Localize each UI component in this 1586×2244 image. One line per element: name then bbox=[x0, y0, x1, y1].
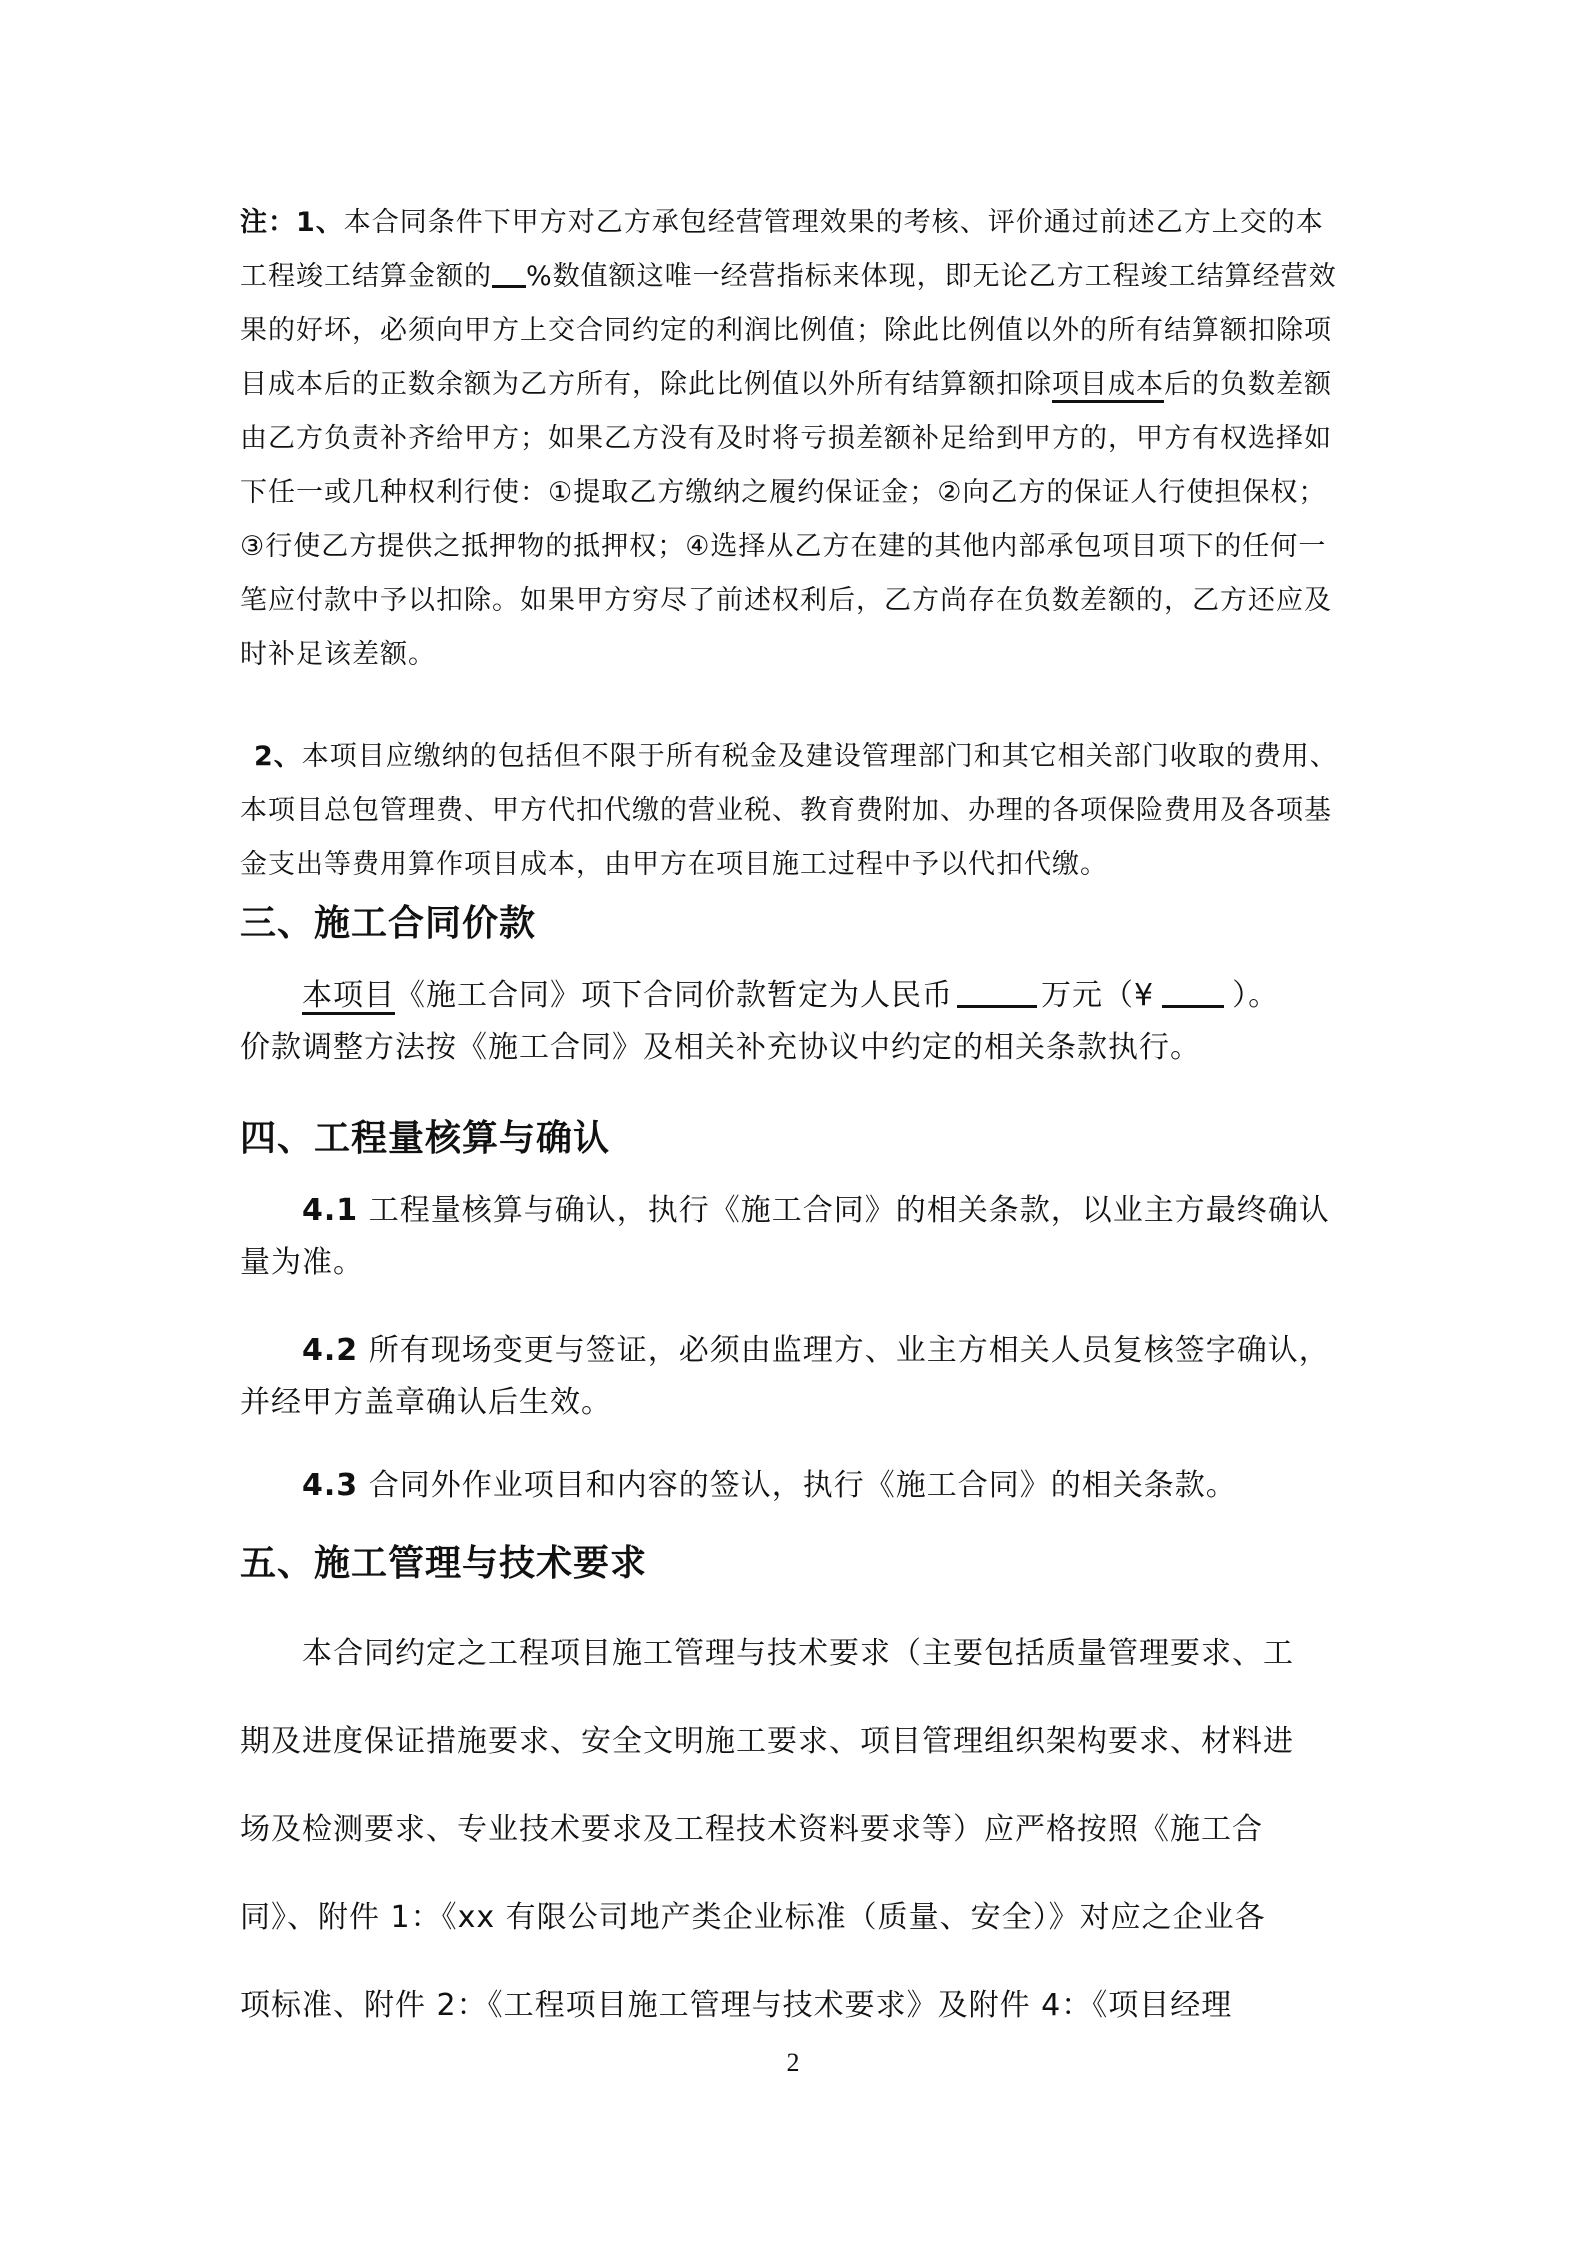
section-5-line-4: 同》、附件 1：《xx 有限公司地产类企业标准（质量、安全）》对应之企业各 bbox=[240, 1874, 1360, 1962]
note-1-line-5: 由乙方负责补齐给甲方；如果乙方没有及时将亏损差额补足给到甲方的，甲方有权选择如 bbox=[240, 412, 1360, 466]
note-2-paragraph: 2、本项目应缴纳的包括但不限于所有税金及建设管理部门和其它相关部门收取的费用、 … bbox=[240, 730, 1360, 892]
item-4-3-text: 合同外作业项目和内容的签认，执行《施工合同》的相关条款。 bbox=[369, 1468, 1237, 1503]
section-3-text: 万元（¥ bbox=[1041, 978, 1154, 1013]
section-5-line-2: 期及进度保证措施要求、安全文明施工要求、项目管理组织架构要求、材料进 bbox=[240, 1698, 1360, 1786]
percent-blank-field bbox=[492, 258, 526, 288]
note-1-line-1: 注：1、本合同条件下甲方对乙方承包经营管理效果的考核、评价通过前述乙方上交的本 bbox=[240, 196, 1360, 250]
item-4-3-number: 4.3 bbox=[302, 1468, 358, 1503]
section-5-line-1: 本合同约定之工程项目施工管理与技术要求（主要包括质量管理要求、工 bbox=[240, 1610, 1360, 1698]
underlined-this-project: 本项目 bbox=[302, 979, 395, 1015]
section-5-line-3: 场及检测要求、专业技术要求及工程技术资料要求等）应严格按照《施工合 bbox=[240, 1786, 1360, 1874]
item-4-2-text: 所有现场变更与签证，必须由监理方、业主方相关人员复核签字确认， bbox=[369, 1333, 1330, 1368]
note-1-paragraph: 注：1、本合同条件下甲方对乙方承包经营管理效果的考核、评价通过前述乙方上交的本 … bbox=[240, 196, 1360, 682]
note-1-text: 工程竣工结算金额的 bbox=[240, 261, 492, 292]
item-4-1-paragraph: 4.1 工程量核算与确认，执行《施工合同》的相关条款，以业主方最终确认 量为准。 bbox=[240, 1185, 1360, 1289]
page-number: 2 bbox=[0, 2048, 1586, 2078]
amount-yuan-blank-field bbox=[1162, 975, 1224, 1008]
section-3-line-1: 本项目《施工合同》项下合同价款暂定为人民币万元（¥）。 bbox=[240, 970, 1360, 1022]
section-5-line-5: 项标准、附件 2：《工程项目施工管理与技术要求》及附件 4：《项目经理 bbox=[240, 1962, 1360, 2050]
section-4-heading: 四、工程量核算与确认 bbox=[240, 1110, 610, 1161]
item-4-2-line-1: 4.2 所有现场变更与签证，必须由监理方、业主方相关人员复核签字确认， bbox=[240, 1325, 1360, 1377]
note-2-text: 本项目应缴纳的包括但不限于所有税金及建设管理部门和其它相关部门收取的费用、 bbox=[302, 741, 1338, 772]
note-1-text: 后的负数差额 bbox=[1164, 369, 1332, 400]
document-page: 注：1、本合同条件下甲方对乙方承包经营管理效果的考核、评价通过前述乙方上交的本 … bbox=[0, 0, 1586, 2244]
item-4-2-number: 4.2 bbox=[302, 1333, 358, 1368]
note-1-line-9: 时补足该差额。 bbox=[240, 628, 1360, 682]
underlined-project-cost: 项目成本 bbox=[1052, 370, 1164, 403]
note-1-line-3: 果的好坏，必须向甲方上交合同约定的利润比例值；除此比例值以外的所有结算额扣除项 bbox=[240, 304, 1360, 358]
note-2-line-3: 金支出等费用算作项目成本，由甲方在项目施工过程中予以代扣代缴。 bbox=[240, 838, 1360, 892]
section-3-heading: 三、施工合同价款 bbox=[240, 895, 536, 946]
item-4-2-paragraph: 4.2 所有现场变更与签证，必须由监理方、业主方相关人员复核签字确认， 并经甲方… bbox=[240, 1325, 1360, 1429]
note-1-line-6: 下任一或几种权利行使：①提取乙方缴纳之履约保证金；②向乙方的保证人行使担保权； bbox=[240, 466, 1360, 520]
note-1-text: %数值额这唯一经营指标来体现，即无论乙方工程竣工结算经营效 bbox=[526, 261, 1337, 292]
item-4-1-line-2: 量为准。 bbox=[240, 1237, 1360, 1289]
item-4-3-paragraph: 4.3 合同外作业项目和内容的签认，执行《施工合同》的相关条款。 bbox=[240, 1460, 1360, 1512]
item-4-1-line-1: 4.1 工程量核算与确认，执行《施工合同》的相关条款，以业主方最终确认 bbox=[240, 1185, 1360, 1237]
note-2-line-2: 本项目总包管理费、甲方代扣代缴的营业税、教育费附加、办理的各项保险费用及各项基 bbox=[240, 784, 1360, 838]
note-1-line-2: 工程竣工结算金额的%数值额这唯一经营指标来体现，即无论乙方工程竣工结算经营效 bbox=[240, 250, 1360, 304]
section-3-text: ）。 bbox=[1232, 978, 1279, 1013]
note-1-number: 1、 bbox=[296, 207, 344, 238]
item-4-3-line-1: 4.3 合同外作业项目和内容的签认，执行《施工合同》的相关条款。 bbox=[240, 1460, 1360, 1512]
section-3-paragraph: 本项目《施工合同》项下合同价款暂定为人民币万元（¥）。 价款调整方法按《施工合同… bbox=[240, 970, 1360, 1074]
section-5-heading: 五、施工管理与技术要求 bbox=[240, 1535, 647, 1586]
item-4-1-number: 4.1 bbox=[302, 1193, 358, 1228]
note-2-line-1: 2、本项目应缴纳的包括但不限于所有税金及建设管理部门和其它相关部门收取的费用、 bbox=[240, 730, 1360, 784]
amount-wan-yuan-blank-field bbox=[957, 975, 1037, 1008]
section-3-line-2: 价款调整方法按《施工合同》及相关补充协议中约定的相关条款执行。 bbox=[240, 1022, 1360, 1074]
item-4-2-line-2: 并经甲方盖章确认后生效。 bbox=[240, 1377, 1360, 1429]
note-1-text: 目成本后的正数余额为乙方所有，除此比例值以外所有结算额扣除 bbox=[240, 369, 1052, 400]
note-1-line-8: 笔应付款中予以扣除。如果甲方穷尽了前述权利后，乙方尚存在负数差额的，乙方还应及 bbox=[240, 574, 1360, 628]
note-2-number: 2、 bbox=[254, 741, 302, 772]
section-5-paragraph: 本合同约定之工程项目施工管理与技术要求（主要包括质量管理要求、工 期及进度保证措… bbox=[240, 1610, 1360, 2050]
note-1-line-7: ③行使乙方提供之抵押物的抵押权；④选择从乙方在建的其他内部承包项目项下的任何一 bbox=[240, 520, 1360, 574]
item-4-1-text: 工程量核算与确认，执行《施工合同》的相关条款，以业主方最终确认 bbox=[369, 1193, 1330, 1228]
section-3-text: 《施工合同》项下合同价款暂定为人民币 bbox=[395, 978, 953, 1013]
note-1-line-4: 目成本后的正数余额为乙方所有，除此比例值以外所有结算额扣除项目成本后的负数差额 bbox=[240, 358, 1360, 412]
note-prefix: 注： bbox=[240, 207, 296, 238]
note-1-text: 本合同条件下甲方对乙方承包经营管理效果的考核、评价通过前述乙方上交的本 bbox=[344, 207, 1324, 238]
